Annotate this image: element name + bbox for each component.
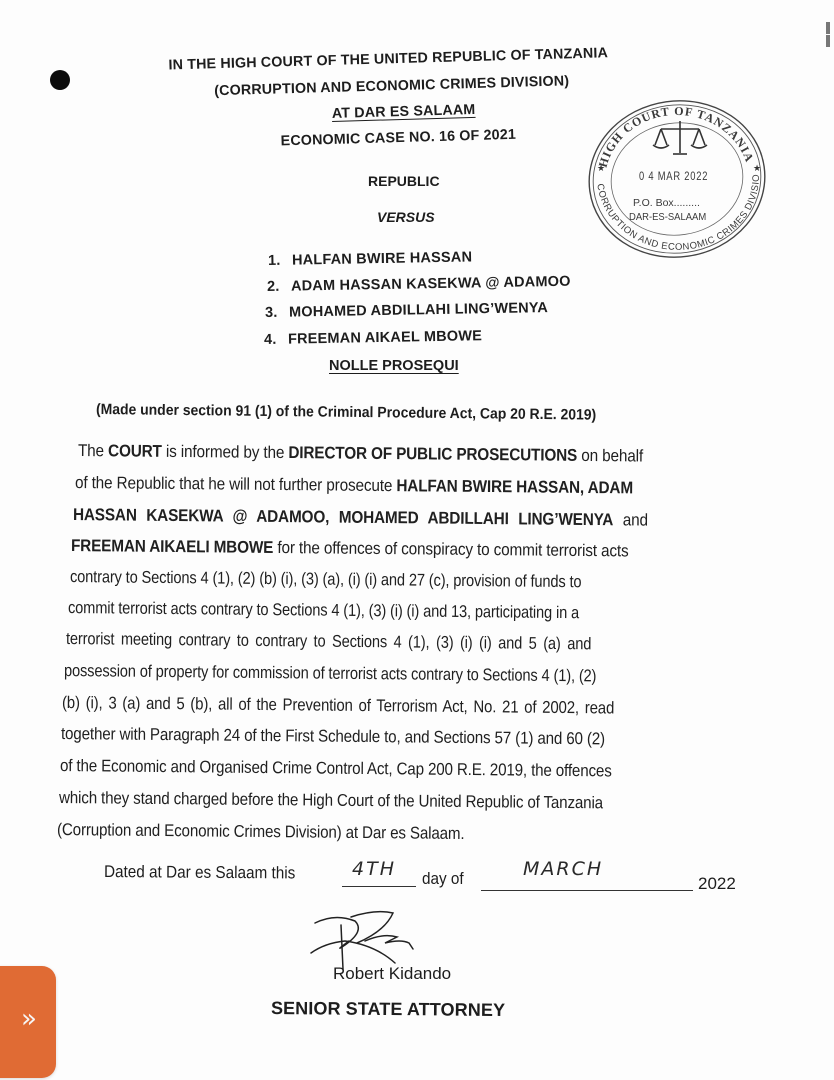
svg-text:HIGH COURT OF TANZANIA: HIGH COURT OF TANZANIA [596, 104, 757, 169]
handwritten-month: MARCH [523, 858, 603, 880]
double-chevron-right-icon: » [21, 1004, 37, 1034]
accused-item: 4.FREEMAN AIKAEL MBOWE [264, 328, 482, 348]
court-header: IN THE HIGH COURT OF THE UNITED REPUBLIC… [150, 33, 680, 48]
body-line: contrary to Sections 4 (1), (2) (b) (i),… [70, 567, 582, 592]
body-line: The COURT is informed by the DIRECTOR OF… [78, 441, 643, 466]
body-line: which they stand charged before the High… [59, 788, 603, 813]
body-line: FREEMAN AIKAELI MBOWE for the offences o… [71, 536, 629, 561]
plaintiff: REPUBLIC [368, 173, 440, 189]
body-line: (b) (i), 3 (a) and 5 (b), all of the Pre… [62, 693, 614, 718]
edge-mark [826, 35, 830, 47]
signature-icon [305, 903, 465, 973]
body-line: terrorist meeting contrary to contrary t… [66, 629, 591, 654]
dated-year: 2022 [698, 874, 736, 894]
month-blank [481, 889, 693, 891]
body-line: of the Economic and Organised Crime Cont… [60, 756, 612, 781]
body-line: commit terrorist acts contrary to Sectio… [68, 598, 579, 623]
legal-basis: (Made under section 91 (1) of the Crimin… [96, 401, 596, 424]
day-blank [342, 885, 416, 887]
document-page: IN THE HIGH COURT OF THE UNITED REPUBLIC… [0, 0, 834, 1080]
court-location: AT DAR ES SALAAM [332, 102, 476, 122]
body-line: HASSAN KASEKWA @ ADAMOO, MOHAMED ABDILLA… [73, 505, 648, 531]
stamp-po-box: P.O. Box......... [633, 197, 700, 209]
accused-item: 3.MOHAMED ABDILLAHI LING’WENYA [265, 300, 548, 321]
signatory-name: Robert Kidando [333, 964, 451, 984]
body-line: (Corruption and Economic Crimes Division… [57, 820, 465, 844]
court-name: IN THE HIGH COURT OF THE UNITED REPUBLIC… [168, 45, 608, 73]
punch-hole [50, 70, 70, 90]
signatory-title: SENIOR STATE ATTORNEY [271, 998, 505, 1021]
dated-middle: day of [422, 869, 464, 889]
scales-of-justice-icon [653, 121, 707, 154]
accused-item: 1.HALFAN BWIRE HASSAN [268, 249, 472, 269]
body-line: of the Republic that he will not further… [75, 473, 633, 498]
handwritten-day: 4TH [352, 858, 396, 880]
dated-prefix: Dated at Dar es Salaam this [104, 862, 295, 883]
document-title: NOLLE PROSEQUI [329, 358, 459, 374]
expand-panel-button[interactable]: » [0, 966, 56, 1078]
body-line: possession of property for commission of… [64, 661, 596, 686]
svg-text:★: ★ [753, 163, 761, 173]
accused-item: 2.ADAM HASSAN KASEKWA @ ADAMOO [267, 274, 571, 295]
stamp-city: DAR-ES-SALAAM [629, 211, 706, 223]
court-division: (CORRUPTION AND ECONOMIC CRIMES DIVISION… [214, 73, 569, 99]
court-stamp: HIGH COURT OF TANZANIA CORRUPTION AND EC… [583, 99, 769, 262]
svg-text:★: ★ [597, 163, 605, 173]
body-line: together with Paragraph 24 of the First … [61, 724, 605, 749]
versus-label: VERSUS [377, 209, 435, 225]
edge-mark [826, 22, 830, 34]
stamp-date: 0 4 MAR 2022 [639, 169, 708, 183]
case-number: ECONOMIC CASE NO. 16 OF 2021 [280, 127, 516, 150]
